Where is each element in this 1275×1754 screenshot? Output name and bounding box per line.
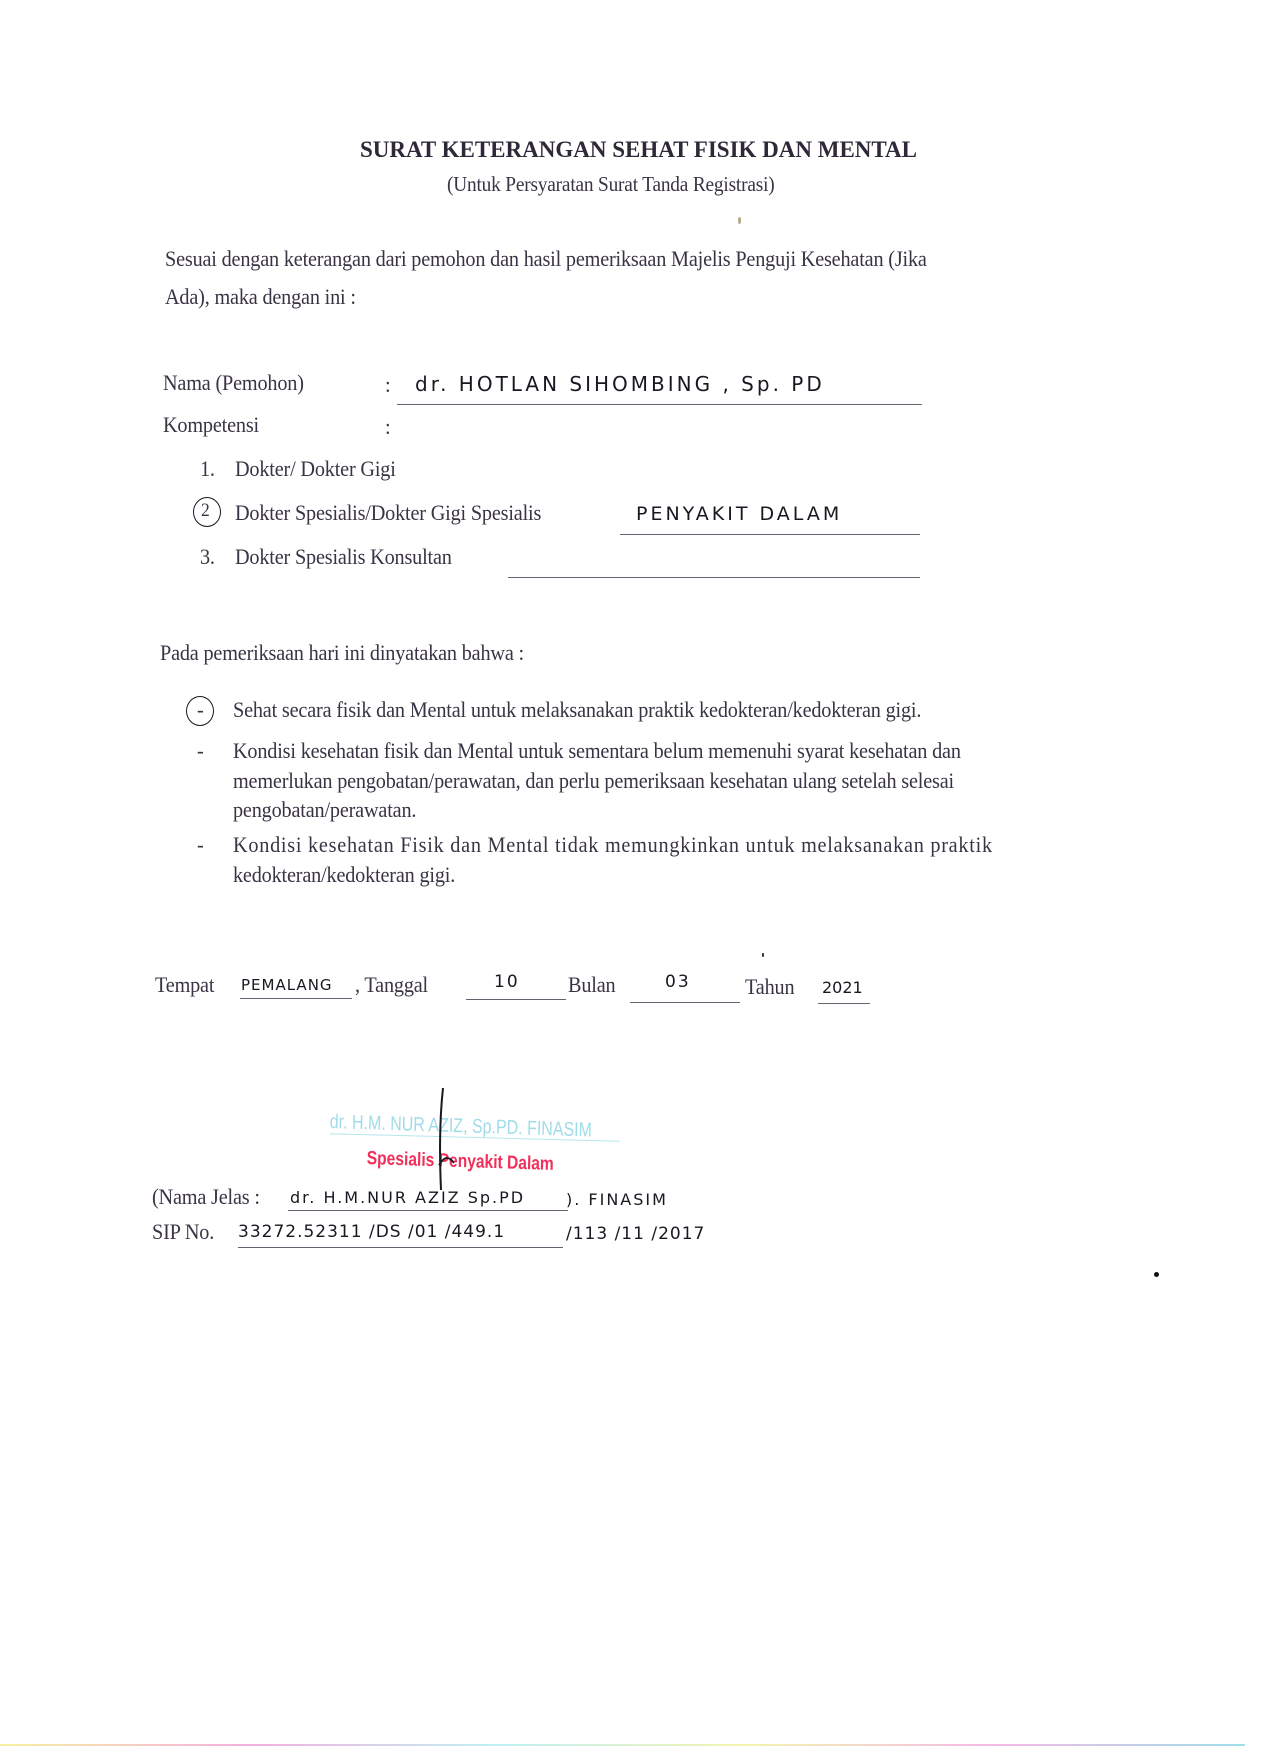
applicant-name-field[interactable]: dr. HOTLAN SIHOMBING , Sp. PD bbox=[415, 372, 825, 396]
date-field[interactable]: 10 bbox=[494, 972, 520, 992]
competence-text: Dokter Spesialis/Dokter Gigi Spesialis bbox=[235, 500, 541, 526]
signer-name-label: (Nama Jelas : bbox=[152, 1184, 260, 1210]
specialty-underline bbox=[620, 534, 920, 535]
year-underline bbox=[818, 1003, 870, 1004]
competence-text: Dokter/ Dokter Gigi bbox=[235, 456, 396, 482]
signature-mark bbox=[430, 1085, 470, 1195]
competence-number: 2 bbox=[201, 500, 210, 522]
document-title: SURAT KETERANGAN SEHAT FISIK DAN MENTAL bbox=[360, 137, 917, 163]
consultant-underline bbox=[508, 577, 920, 578]
signer-name-suffix: ). FINASIM bbox=[566, 1190, 668, 1209]
scan-speck bbox=[762, 953, 764, 957]
scanner-edge-line bbox=[0, 1744, 1245, 1746]
place-field[interactable]: PEMALANG bbox=[241, 976, 333, 994]
month-field[interactable]: 03 bbox=[665, 972, 691, 992]
sip-number-field[interactable]: 33272.52311 /DS /01 /449.1 bbox=[238, 1222, 505, 1242]
place-label: Tempat bbox=[155, 972, 214, 998]
competence-number: 1. bbox=[200, 456, 215, 482]
sip-underline bbox=[238, 1247, 563, 1248]
intro-line-1: Sesuai dengan keterangan dari pemohon da… bbox=[165, 246, 927, 272]
sip-label: SIP No. bbox=[152, 1219, 214, 1245]
scan-speck bbox=[738, 217, 741, 224]
month-underline bbox=[630, 1002, 740, 1003]
statement-line: kedokteran/kedokteran gigi. bbox=[233, 862, 455, 888]
applicant-colon: : bbox=[385, 372, 390, 398]
date-underline bbox=[466, 999, 566, 1000]
signer-name-field[interactable]: dr. H.M.NUR AZIZ Sp.PD bbox=[290, 1188, 525, 1207]
competence-text: Dokter Spesialis Konsultan bbox=[235, 544, 452, 570]
specialty-field[interactable]: PENYAKIT DALAM bbox=[636, 503, 842, 525]
month-label: Bulan bbox=[568, 972, 615, 998]
year-label: Tahun bbox=[745, 974, 794, 1000]
competence-colon: : bbox=[385, 414, 390, 440]
statement-line: Kondisi kesehatan Fisik dan Mental tidak… bbox=[233, 832, 993, 858]
intro-line-2: Ada), maka dengan ini : bbox=[165, 284, 356, 310]
declaration-intro: Pada pemeriksaan hari ini dinyatakan bah… bbox=[160, 640, 524, 666]
statement-bullet: - bbox=[197, 738, 204, 764]
scan-speck bbox=[1154, 1272, 1159, 1277]
competence-label: Kompetensi bbox=[163, 412, 259, 438]
statement-line: memerlukan pengobatan/perawatan, dan per… bbox=[233, 768, 954, 794]
place-underline bbox=[240, 998, 352, 999]
date-label: , Tanggal bbox=[355, 972, 428, 998]
applicant-underline bbox=[397, 404, 922, 405]
applicant-label: Nama (Pemohon) bbox=[163, 370, 304, 396]
statement-line: pengobatan/perawatan. bbox=[233, 797, 416, 823]
signer-name-underline bbox=[288, 1210, 568, 1211]
statement-bullet: - bbox=[197, 832, 204, 858]
statement-bullet: - bbox=[197, 697, 204, 723]
competence-number: 3. bbox=[200, 544, 215, 570]
sip-number-suffix: /113 /11 /2017 bbox=[566, 1224, 705, 1244]
year-field[interactable]: 2021 bbox=[822, 978, 863, 997]
statement-line: Kondisi kesehatan fisik dan Mental untuk… bbox=[233, 738, 961, 764]
document-subtitle: (Untuk Persyaratan Surat Tanda Registras… bbox=[447, 172, 775, 197]
statement-line: Sehat secara fisik dan Mental untuk mela… bbox=[233, 697, 921, 723]
